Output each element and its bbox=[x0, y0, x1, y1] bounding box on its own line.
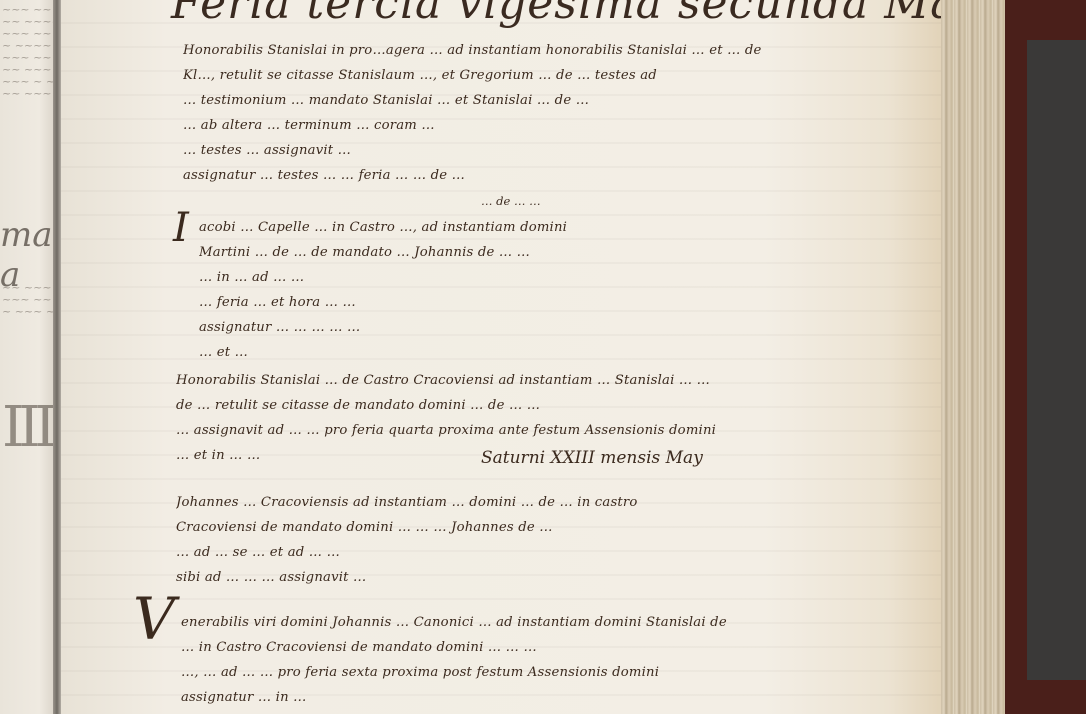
entry-line: … assignavit ad … … pro feria quarta pro… bbox=[176, 418, 966, 443]
entry-line: … in Castro Cracoviensi de mandato domin… bbox=[181, 635, 971, 660]
entry-line: de … retulit se citasse de mandato domin… bbox=[176, 393, 966, 418]
entry-line: … ab altera … terminum … coram … bbox=[183, 113, 973, 138]
entry-line: … feria … et hora … … bbox=[199, 290, 989, 315]
entry-5: enerabilis viri domini Johannis … Canoni… bbox=[181, 610, 971, 710]
entry-line: assignatur … testes … … feria … … de … bbox=[183, 163, 973, 188]
left-page-initial-fragment: III bbox=[2, 395, 50, 460]
book-gutter bbox=[53, 0, 61, 714]
entry-line: … testimonium … mandato Stanislai … et S… bbox=[183, 88, 973, 113]
book-cover bbox=[1005, 0, 1086, 714]
entry-line: enerabilis viri domini Johannis … Canoni… bbox=[181, 610, 971, 635]
entry-line: … ad … se … et ad … … bbox=[176, 540, 966, 565]
cover-pastedown bbox=[1027, 40, 1086, 680]
entry-2: acobi … Capelle … in Castro …, ad instan… bbox=[199, 215, 989, 365]
entry-line: acobi … Capelle … in Castro …, ad instan… bbox=[199, 215, 989, 240]
entry-line: Honorabilis Stanislai … de Castro Cracov… bbox=[176, 368, 966, 393]
entry-line: … et … bbox=[199, 340, 989, 365]
entry-line: Martini … de … de mandato … Johannis de … bbox=[199, 240, 989, 265]
entry-line: Kl…, retulit se citasse Stanislaum …, et… bbox=[183, 63, 973, 88]
entry-line: Cracoviensi de mandato domini … … … Joha… bbox=[176, 515, 966, 540]
decorated-initial: I bbox=[173, 205, 189, 251]
entry-line: …, … ad … … pro feria sexta proxima post… bbox=[181, 660, 971, 685]
left-page: ~~~ ~~ ~~~ ~~ ~~~~ ~ ~~~ ~~ ~~~ ~ ~~~~ ~… bbox=[0, 0, 56, 714]
left-page-faint-text-2: ~~ ~~~ ~~~ ~~~ ~~ ~~~ ~ ~~~ ~~ bbox=[2, 282, 56, 318]
entry-line: Johannes … Cracoviensis ad instantiam … … bbox=[176, 490, 966, 515]
left-page-faint-text: ~~~ ~~ ~~~ ~~ ~~~~ ~ ~~~ ~~ ~~~ ~ ~~~~ ~… bbox=[2, 4, 56, 100]
entry-line: … in … ad … … bbox=[199, 265, 989, 290]
manuscript-page: Feria tercia vigesima secunda May Honora… bbox=[61, 0, 941, 714]
entry-4: Johannes … Cracoviensis ad instantiam … … bbox=[176, 490, 966, 590]
entry-line: assignatur … … … … … bbox=[199, 315, 989, 340]
entry-line: assignatur … in … bbox=[181, 685, 971, 710]
entry-line: sibi ad … … … assignavit … bbox=[176, 565, 966, 590]
entry-line: … testes … assignavit … bbox=[183, 138, 973, 163]
page-heading: Feria tercia vigesima secunda May bbox=[171, 0, 983, 29]
date-line: Saturni XXIII mensis May bbox=[481, 448, 703, 468]
page-edges bbox=[941, 0, 1005, 714]
entry-line: Honorabilis Stanislai in pro…agera … ad … bbox=[183, 38, 973, 63]
entry-1: Honorabilis Stanislai in pro…agera … ad … bbox=[183, 38, 973, 188]
decorated-initial: V bbox=[133, 585, 175, 653]
interlinear-note: … de … … bbox=[481, 194, 541, 208]
